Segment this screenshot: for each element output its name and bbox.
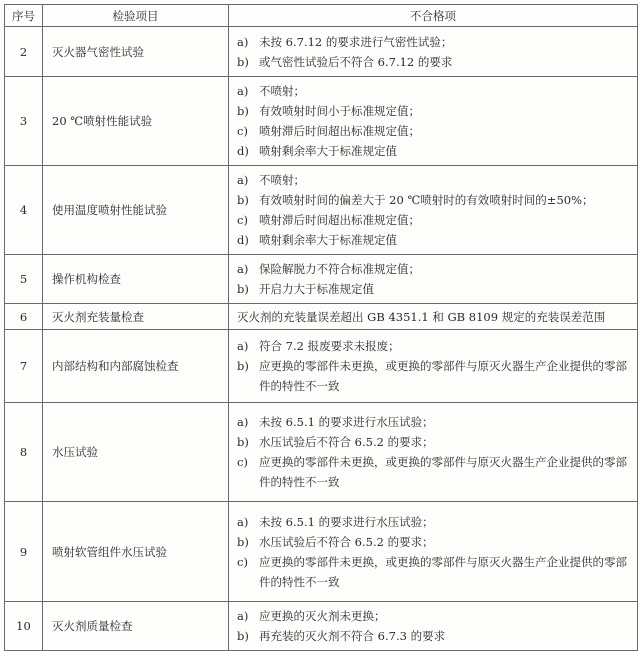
list-item: d)喷射剩余率大于标准规定值 bbox=[237, 141, 629, 161]
inspection-item: 内部结构和内部腐蚀检查 bbox=[43, 330, 229, 403]
inspection-item: 喷射软管组件水压试验 bbox=[43, 502, 229, 602]
row-number: 2 bbox=[5, 27, 43, 77]
row-number: 9 bbox=[5, 502, 43, 602]
nonconformity-list: a)不喷射； b)有效喷射时间的偏差大于 20 ℃喷射时的有效喷射时间的±50%… bbox=[229, 166, 638, 255]
list-item: d)喷射剩余率大于标准规定值 bbox=[237, 230, 629, 250]
inspection-item: 灭火剂质量检查 bbox=[43, 602, 229, 651]
table-row: 2 灭火器气密性试验 a)未按 6.7.12 的要求进行气密性试验； b)或气密… bbox=[5, 27, 638, 77]
row-number: 5 bbox=[5, 255, 43, 304]
table-row: 9 喷射软管组件水压试验 a)未按 6.5.1 的要求进行水压试验； b)水压试… bbox=[5, 502, 638, 602]
list-item: b)水压试验后不符合 6.5.2 的要求； bbox=[237, 532, 629, 552]
row-number: 6 bbox=[5, 304, 43, 330]
nonconformity-list: a)未按 6.5.1 的要求进行水压试验； b)水压试验后不符合 6.5.2 的… bbox=[229, 403, 638, 502]
inspection-item: 灭火器气密性试验 bbox=[43, 27, 229, 77]
nonconformity-list: a)应更换的灭火剂未更换； b)再充装的灭火剂不符合 6.7.3 的要求 bbox=[229, 602, 638, 651]
header-item: 检验项目 bbox=[43, 5, 229, 27]
list-item: a)不喷射； bbox=[237, 81, 629, 101]
row-number: 8 bbox=[5, 403, 43, 502]
table-row: 3 20 ℃喷射性能试验 a)不喷射； b)有效喷射时间小于标准规定值； c)喷… bbox=[5, 77, 638, 166]
list-item: b)有效喷射时间的偏差大于 20 ℃喷射时的有效喷射时间的±50%； bbox=[237, 190, 629, 210]
list-item: b)水压试验后不符合 6.5.2 的要求； bbox=[237, 432, 629, 452]
nonconformity-list: a)未按 6.7.12 的要求进行气密性试验； b)或气密性试验后不符合 6.7… bbox=[229, 27, 638, 77]
inspection-item: 灭火剂充装量检查 bbox=[43, 304, 229, 330]
inspection-item: 操作机构检查 bbox=[43, 255, 229, 304]
list-item: a)未按 6.5.1 的要求进行水压试验； bbox=[237, 412, 629, 432]
list-item: b)再充装的灭火剂不符合 6.7.3 的要求 bbox=[237, 626, 629, 646]
nonconformity-list: a)未按 6.5.1 的要求进行水压试验； b)水压试验后不符合 6.5.2 的… bbox=[229, 502, 638, 602]
table-row: 5 操作机构检查 a)保险解脱力不符合标准规定值； b)开启力大于标准规定值 bbox=[5, 255, 638, 304]
list-item: a)不喷射； bbox=[237, 170, 629, 190]
row-number: 7 bbox=[5, 330, 43, 403]
table-row: 4 使用温度喷射性能试验 a)不喷射； b)有效喷射时间的偏差大于 20 ℃喷射… bbox=[5, 166, 638, 255]
header-row: 序号 检验项目 不合格项 bbox=[5, 5, 638, 27]
header-no: 序号 bbox=[5, 5, 43, 27]
list-item: a)未按 6.7.12 的要求进行气密性试验； bbox=[237, 32, 629, 52]
list-item: a)应更换的灭火剂未更换； bbox=[237, 606, 629, 626]
list-item: c)喷射滞后时间超出标准规定值； bbox=[237, 210, 629, 230]
inspection-table: 序号 检验项目 不合格项 2 灭火器气密性试验 a)未按 6.7.12 的要求进… bbox=[4, 4, 638, 651]
row-number: 3 bbox=[5, 77, 43, 166]
list-item: a)保险解脱力不符合标准规定值； bbox=[237, 259, 629, 279]
list-item: b)或气密性试验后不符合 6.7.12 的要求 bbox=[237, 52, 629, 72]
list-item: a)未按 6.5.1 的要求进行水压试验； bbox=[237, 512, 629, 532]
table-row: 6 灭火剂充装量检查 灭火剂的充装量误差超出 GB 4351.1 和 GB 81… bbox=[5, 304, 638, 330]
list-item: b)应更换的零部件未更换，或更换的零部件与原灭火器生产企业提供的零部件的特性不一… bbox=[237, 356, 629, 396]
nonconformity-list: a)符合 7.2 报废要求未报废； b)应更换的零部件未更换，或更换的零部件与原… bbox=[229, 330, 638, 403]
nonconformity-text: 灭火剂的充装量误差超出 GB 4351.1 和 GB 8109 规定的充装误差范… bbox=[229, 304, 638, 330]
list-item: c)喷射滞后时间超出标准规定值； bbox=[237, 121, 629, 141]
row-number: 10 bbox=[5, 602, 43, 651]
table-row: 8 水压试验 a)未按 6.5.1 的要求进行水压试验； b)水压试验后不符合 … bbox=[5, 403, 638, 502]
inspection-item: 20 ℃喷射性能试验 bbox=[43, 77, 229, 166]
nonconformity-list: a)不喷射； b)有效喷射时间小于标准规定值； c)喷射滞后时间超出标准规定值；… bbox=[229, 77, 638, 166]
list-item: a)符合 7.2 报废要求未报废； bbox=[237, 336, 629, 356]
list-item: c)应更换的零部件未更换，或更换的零部件与原灭火器生产企业提供的零部件的特性不一… bbox=[237, 452, 629, 492]
inspection-item: 水压试验 bbox=[43, 403, 229, 502]
list-item: c)应更换的零部件未更换，或更换的零部件与原灭火器生产企业提供的零部件的特性不一… bbox=[237, 552, 629, 592]
table-row: 7 内部结构和内部腐蚀检查 a)符合 7.2 报废要求未报废； b)应更换的零部… bbox=[5, 330, 638, 403]
row-number: 4 bbox=[5, 166, 43, 255]
nonconformity-list: a)保险解脱力不符合标准规定值； b)开启力大于标准规定值 bbox=[229, 255, 638, 304]
table-row: 10 灭火剂质量检查 a)应更换的灭火剂未更换； b)再充装的灭火剂不符合 6.… bbox=[5, 602, 638, 651]
list-item: b)开启力大于标准规定值 bbox=[237, 279, 629, 299]
inspection-item: 使用温度喷射性能试验 bbox=[43, 166, 229, 255]
header-fail: 不合格项 bbox=[229, 5, 638, 27]
list-item: b)有效喷射时间小于标准规定值； bbox=[237, 101, 629, 121]
